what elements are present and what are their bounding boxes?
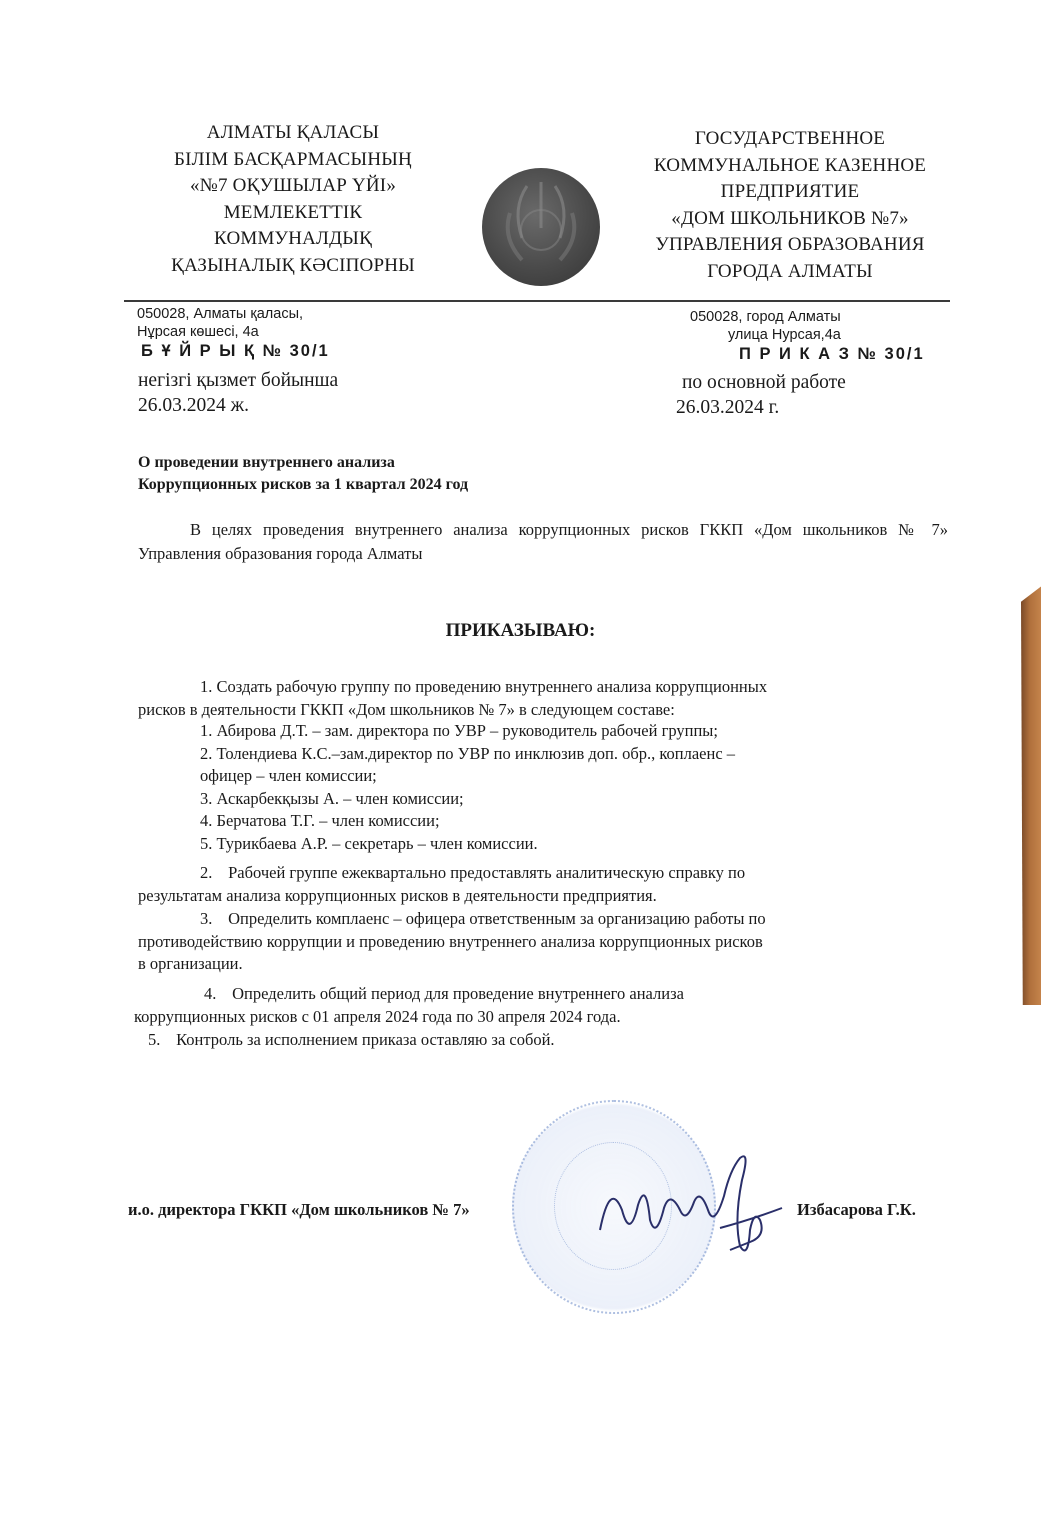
address-line: 050028, Алматы қаласы, — [137, 305, 303, 323]
order-subject: О проведении внутреннего анализа Коррупц… — [138, 452, 468, 496]
address-line: 050028, город Алматы — [690, 308, 841, 326]
member-item: 5. Турикбаева А.Р. – секретарь – член ко… — [200, 833, 940, 856]
header-line: ҚАЗЫНАЛЫҚ КӘСІПОРНЫ — [128, 253, 458, 280]
header-line: БІЛІМ БАСҚАРМАСЫНЫҢ — [128, 147, 458, 174]
signatory-role: и.о. директора ГККП «Дом школьников № 7» — [128, 1200, 470, 1220]
address-line: Нұрсая көшесі, 4а — [137, 323, 303, 341]
member-item: 1. Абирова Д.Т. – зам. директора по УВР … — [200, 720, 940, 743]
member-item: офицер – член комиссии; — [200, 765, 940, 788]
order-date: 26.03.2024 ж. — [138, 393, 338, 418]
item-line: противодействию коррупции и проведению в… — [138, 931, 953, 954]
header-line: УПРАВЛЕНИЯ ОБРАЗОВАНИЯ — [630, 232, 950, 259]
item-line: Определить общий период для проведение в… — [232, 984, 684, 1003]
header-kazakh: АЛМАТЫ ҚАЛАСЫ БІЛІМ БАСҚАРМАСЫНЫҢ «№7 ОҚ… — [128, 120, 458, 279]
header-line: ГОСУДАРСТВЕННОЕ — [630, 126, 950, 153]
order-item-4: 4. Определить общий период для проведени… — [134, 983, 934, 1028]
address-kazakh: 050028, Алматы қаласы, Нұрсая көшесі, 4а — [137, 305, 303, 341]
item-line: Рабочей группе ежеквартально предоставля… — [228, 863, 745, 882]
header-divider — [124, 300, 950, 302]
item-number: 3. — [200, 908, 224, 931]
order-date: 26.03.2024 г. — [676, 395, 846, 420]
subject-line: О проведении внутреннего анализа — [138, 452, 468, 474]
order-item-5: 5. Контроль за исполнением приказа остав… — [148, 1029, 555, 1052]
member-item: 2. Толендиева К.С.–зам.директор по УВР п… — [200, 743, 940, 766]
item-line: Определить комплаенс – офицера ответстве… — [228, 909, 766, 928]
signatory-name: Избасарова Г.К. — [797, 1200, 916, 1220]
order-type: по основной работе — [682, 370, 846, 395]
intro-paragraph: В целях проведения внутреннего анализа к… — [138, 518, 948, 566]
header-line: АЛМАТЫ ҚАЛАСЫ — [128, 120, 458, 147]
order-heading: ПРИКАЗЫВАЮ: — [0, 620, 1041, 642]
wooden-surface-edge — [1021, 585, 1041, 1005]
order-meta-kazakh: негізгі қызмет бойынша 26.03.2024 ж. — [138, 368, 338, 418]
item-line: в организации. — [138, 953, 953, 976]
order-type: негізгі қызмет бойынша — [138, 368, 338, 393]
header-line: «№7 ОҚУШЫЛАР ҮЙІ» — [128, 173, 458, 200]
address-russian: 050028, город Алматы улица Нурсая,4а — [690, 308, 841, 344]
header-line: ПРЕДПРИЯТИЕ — [630, 179, 950, 206]
subject-line: Коррупционных рисков за 1 квартал 2024 г… — [138, 474, 468, 496]
address-line: улица Нурсая,4а — [690, 326, 841, 344]
header-russian: ГОСУДАРСТВЕННОЕ КОММУНАЛЬНОЕ КАЗЕННОЕ ПР… — [630, 126, 950, 285]
state-emblem-icon — [482, 168, 600, 286]
order-number-russian: П Р И К А З № 30/1 — [739, 345, 925, 364]
item-line: рисков в деятельности ГККП «Дом школьник… — [138, 699, 938, 722]
item-number: 2. — [200, 862, 224, 885]
item-number: 5. — [148, 1029, 172, 1052]
header-line: ГОРОДА АЛМАТЫ — [630, 259, 950, 286]
emblem-ornament-icon — [482, 168, 600, 286]
item-line: 1. Создать рабочую группу по проведению … — [138, 676, 938, 699]
order-item-3: 3. Определить комплаенс – офицера ответс… — [138, 908, 953, 976]
item-line: Контроль за исполнением приказа оставляю… — [176, 1030, 554, 1049]
member-item: 3. Аскарбекқызы А. – член комиссии; — [200, 788, 940, 811]
order-item-2: 2. Рабочей группе ежеквартально предоста… — [138, 862, 938, 907]
order-number-kazakh: Б Ұ Й Р Ы Қ № 30/1 — [141, 342, 330, 361]
item-number: 4. — [204, 983, 228, 1006]
member-item: 4. Берчатова Т.Г. – член комиссии; — [200, 810, 940, 833]
item-line: результатам анализа коррупционных рисков… — [138, 885, 938, 908]
order-item-1: 1. Создать рабочую группу по проведению … — [138, 676, 938, 721]
header-line: КОММУНАЛЬНОЕ КАЗЕННОЕ — [630, 153, 950, 180]
header-line: КОММУНАЛДЫҚ — [128, 226, 458, 253]
header-line: «ДОМ ШКОЛЬНИКОВ №7» — [630, 206, 950, 233]
working-group-members: 1. Абирова Д.Т. – зам. директора по УВР … — [200, 720, 940, 855]
handwritten-signature-icon — [590, 1150, 790, 1265]
header-line: МЕМЛЕКЕТТІК — [128, 200, 458, 227]
item-line: коррупционных рисков с 01 апреля 2024 го… — [134, 1006, 934, 1029]
order-meta-russian: по основной работе 26.03.2024 г. — [682, 370, 846, 420]
